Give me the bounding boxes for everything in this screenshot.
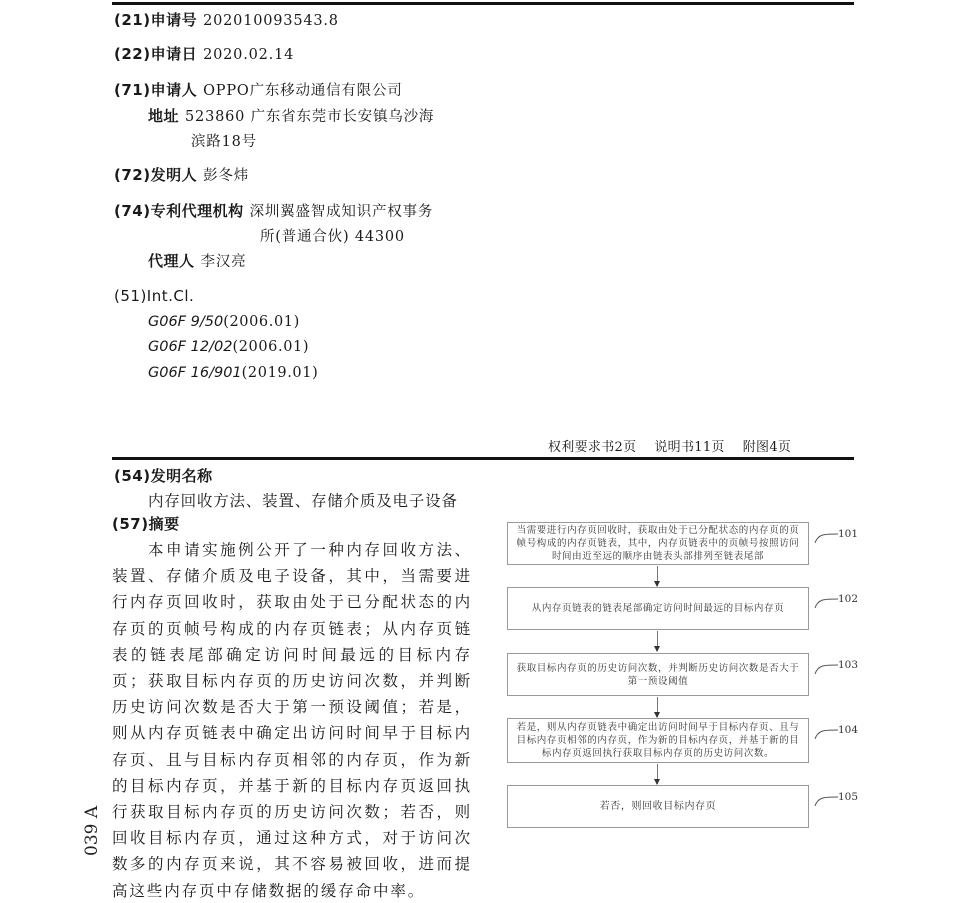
field-label: (72)发明人 xyxy=(114,166,197,184)
field-label: (74)专利代理机构 xyxy=(114,202,244,220)
field-label: (54)发明名称 xyxy=(114,467,213,485)
description-pages: 说明书11页 xyxy=(654,440,724,455)
patent-agency: (74)专利代理机构深圳翼盛智成知识产权事务 xyxy=(114,201,433,222)
ipc-date: (2006.01) xyxy=(223,314,300,330)
application-number: (21)申请号202010093543.8 xyxy=(114,10,339,31)
leader-curve-icon xyxy=(814,791,840,807)
leader-curve-icon xyxy=(814,724,840,740)
field-value: 523860 广东省东莞市长安镇乌沙海 xyxy=(185,109,434,125)
applicant: (71)申请人OPPO广东移动通信有限公司 xyxy=(114,80,403,101)
field-value: 2020.02.14 xyxy=(203,47,294,63)
publication-number-side: 039 A xyxy=(82,806,102,856)
claims-pages: 权利要求书2页 xyxy=(548,440,636,455)
step-text: 当需要进行内存页回收时，获取由处于已分配状态的内存页的页帧号构成的内存页链表，其… xyxy=(514,524,802,563)
int-cl-item: G06F 12/02(2006.01) xyxy=(148,336,309,357)
invention-title-label: (54)发明名称 xyxy=(114,466,213,486)
field-value: OPPO广东移动通信有限公司 xyxy=(203,83,403,99)
leader-curve-icon xyxy=(814,593,840,609)
step-text: 获取目标内存页的历史访问次数，并判断历史访问次数是否大于第一预设阈值 xyxy=(514,662,802,688)
inventor: (72)发明人彭冬炜 xyxy=(114,165,249,186)
step-text: 若否，则回收目标内存页 xyxy=(600,800,717,813)
ref-number: 101 xyxy=(838,528,858,540)
page-counts: 权利要求书2页说明书11页附图4页 xyxy=(548,436,809,455)
field-value: 彭冬炜 xyxy=(203,168,249,184)
flow-arrow xyxy=(657,764,658,784)
leader-curve-icon xyxy=(814,659,840,675)
ipc-date: (2019.01) xyxy=(242,365,319,381)
field-value: 202010093543.8 xyxy=(203,13,339,29)
field-value: 所(普通合伙) 44300 xyxy=(260,229,405,245)
field-label: (71)申请人 xyxy=(114,81,197,99)
application-date: (22)申请日2020.02.14 xyxy=(114,44,294,65)
ref-label-103: 103 xyxy=(838,659,858,671)
field-value: 深圳翼盛智成知识产权事务 xyxy=(250,204,434,220)
ipc-code: G06F 12/02 xyxy=(148,339,232,355)
int-cl-label: (51)Int.Cl. xyxy=(114,286,194,306)
ref-label-102: 102 xyxy=(838,593,858,605)
field-value: 滨路18号 xyxy=(191,134,257,150)
ref-label-104: 104 xyxy=(838,724,858,736)
field-label: 代理人 xyxy=(148,252,195,270)
step-text: 若是，则从内存页链表中确定出访问时间早于目标内存页、且与目标内存页相邻的内存页，… xyxy=(514,721,802,760)
address: 地址523860 广东省东莞市长安镇乌沙海 xyxy=(148,106,434,127)
ref-number: 102 xyxy=(838,593,858,605)
int-cl-item: G06F 9/50(2006.01) xyxy=(148,311,300,332)
top-rule xyxy=(112,2,854,5)
flow-arrow xyxy=(657,697,658,717)
abstract-text: 本申请实施例公开了一种内存回收方法、装置、存储介质及电子设备，其中，当需要进行内… xyxy=(112,537,472,903)
abstract-block: 内存回收方法、装置、存储介质及电子设备 (57)摘要 本申请实施例公开了一种内存… xyxy=(112,488,472,903)
int-cl-item: G06F 16/901(2019.01) xyxy=(148,362,318,383)
ref-number: 103 xyxy=(838,659,858,671)
ref-label-105: 105 xyxy=(838,791,858,803)
field-label: (21)申请号 xyxy=(114,11,197,29)
drawings-pages: 附图4页 xyxy=(743,440,791,455)
ipc-code: G06F 9/50 xyxy=(148,314,223,330)
flow-step-103: 获取目标内存页的历史访问次数，并判断历史访问次数是否大于第一预设阈值 xyxy=(507,653,809,696)
flow-step-105: 若否，则回收目标内存页 xyxy=(507,785,809,828)
flow-arrow xyxy=(657,566,658,586)
agent: 代理人李汉亮 xyxy=(148,251,246,272)
flow-step-104: 若是，则从内存页链表中确定出访问时间早于目标内存页、且与目标内存页相邻的内存页，… xyxy=(507,718,809,763)
ipc-date: (2006.01) xyxy=(232,339,309,355)
flow-step-101: 当需要进行内存页回收时，获取由处于已分配状态的内存页的页帧号构成的内存页链表，其… xyxy=(507,522,809,565)
step-text: 从内存页链表的链表尾部确定访问时间最远的目标内存页 xyxy=(532,602,785,615)
field-label: 地址 xyxy=(148,107,179,125)
leader-curve-icon xyxy=(814,528,840,544)
ref-label-101: 101 xyxy=(838,528,858,540)
patent-agency-line2: 所(普通合伙) 44300 xyxy=(260,226,405,247)
field-label: (22)申请日 xyxy=(114,45,197,63)
flow-arrow xyxy=(657,631,658,651)
address-line2: 滨路18号 xyxy=(191,131,257,152)
abstract-label: (57)摘要 xyxy=(112,511,472,537)
field-value: 李汉亮 xyxy=(201,254,247,270)
ref-number: 105 xyxy=(838,791,858,803)
flow-step-102: 从内存页链表的链表尾部确定访问时间最远的目标内存页 xyxy=(507,587,809,630)
ipc-code: G06F 16/901 xyxy=(148,365,242,381)
field-label: (51)Int.Cl. xyxy=(114,287,194,305)
ref-number: 104 xyxy=(838,724,858,736)
section-rule xyxy=(112,457,854,460)
